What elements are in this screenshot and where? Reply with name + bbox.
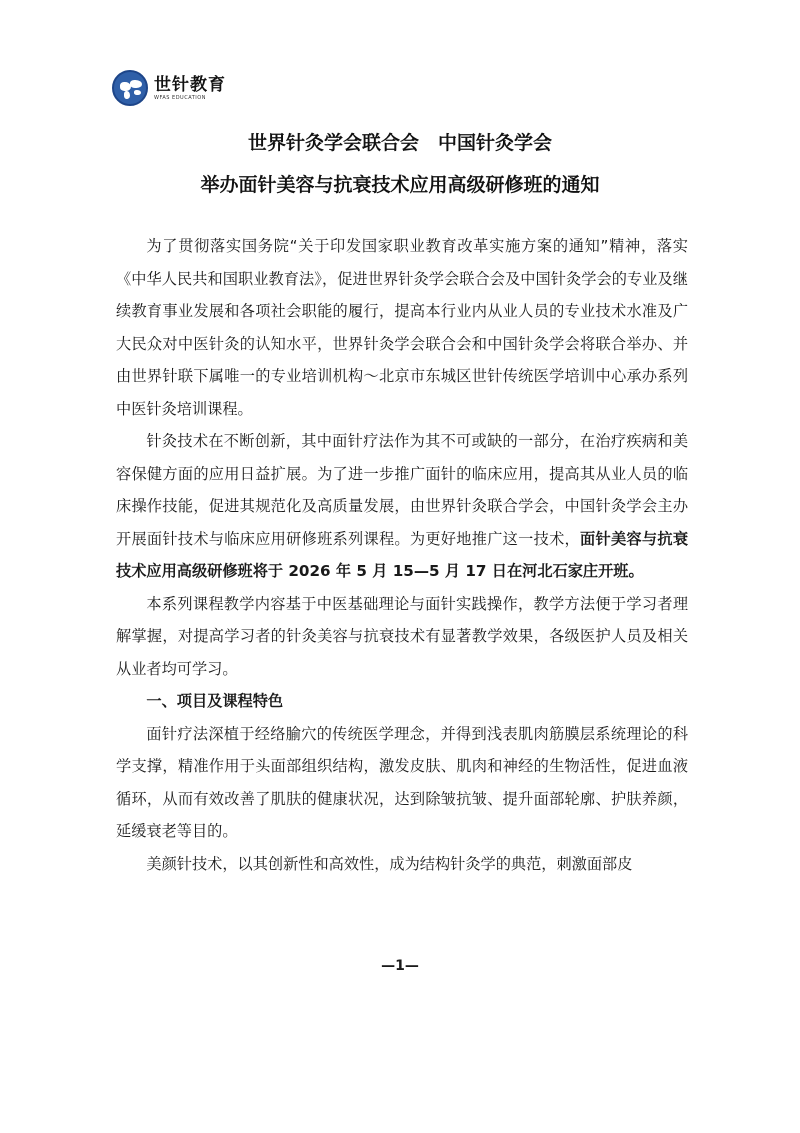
globe-logo-icon [112, 70, 148, 106]
paragraph-features: 面针疗法深植于经络腧穴的传统医学理念，并得到浅表肌肉筋膜层系统理论的科学支撑，精… [116, 718, 688, 848]
page-number: —1— [0, 958, 800, 974]
logo: 世针教育 WFAS EDUCATION [112, 70, 226, 106]
section-heading-features: 一、项目及课程特色 [116, 685, 688, 718]
logo-name-en: WFAS EDUCATION [154, 95, 226, 102]
paragraph-course-content: 本系列课程教学内容基于中医基础理论与面针实践操作，教学方法便于学习者理解掌握，对… [116, 588, 688, 686]
logo-name-cn: 世针教育 [154, 75, 226, 95]
paragraph-beauty-needle: 美颜针技术，以其创新性和高效性，成为结构针灸学的典范，刺激面部皮 [116, 848, 688, 881]
document-body: 为了贯彻落实国务院“关于印发国家职业教育改革实施方案的通知”精神，落实《中华人民… [116, 230, 688, 880]
title-organizers: 世界针灸学会联合会 中国针灸学会 [0, 128, 800, 155]
paragraph-intro: 为了贯彻落实国务院“关于印发国家职业教育改革实施方案的通知”精神，落实《中华人民… [116, 230, 688, 425]
paragraph-background: 针灸技术在不断创新，其中面针疗法作为其不可或缺的一部分，在治疗疾病和美容保健方面… [116, 425, 688, 588]
title-notice: 举办面针美容与抗衰技术应用高级研修班的通知 [0, 170, 800, 197]
